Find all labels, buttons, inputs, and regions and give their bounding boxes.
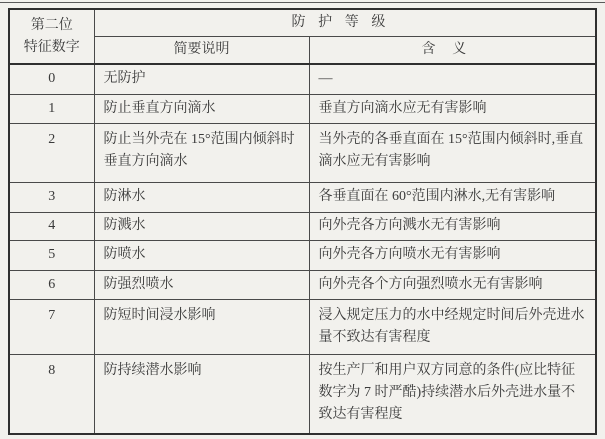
- table-row: 1 防止垂直方向滴水 垂直方向滴水应无有害影响: [9, 94, 596, 123]
- header-row-sub: 简要说明 含义: [9, 37, 596, 65]
- cell-digit: 7: [9, 299, 94, 354]
- table-row: 8 防持续潜水影响 按生产厂和用户双方同意的条件(应比特征数字为 7 时严酷)持…: [9, 354, 596, 434]
- cell-digit: 8: [9, 354, 94, 434]
- header-protection-grade: 防护等级: [94, 9, 596, 37]
- cell-meaning: 浸入规定压力的水中经规定时间后外壳进水量不致达有害程度: [309, 299, 596, 354]
- cell-meaning: —: [309, 64, 596, 94]
- table-row: 6 防强烈喷水 向外壳各个方向强烈喷水无有害影响: [9, 270, 596, 299]
- cell-digit: 6: [9, 270, 94, 299]
- header-meaning: 含义: [309, 37, 596, 65]
- protection-table-container: 第二位 特征数字 防护等级 简要说明 含义 0 无防护 — 1 防止垂直方向滴水…: [8, 8, 597, 435]
- cell-description: 防溅水: [94, 212, 309, 240]
- header-row-group: 第二位 特征数字 防护等级: [9, 9, 596, 37]
- table-row: 4 防溅水 向外壳各方向溅水无有害影响: [9, 212, 596, 240]
- top-rule-line: [0, 2, 605, 3]
- table-row: 7 防短时间浸水影响 浸入规定压力的水中经规定时间后外壳进水量不致达有害程度: [9, 299, 596, 354]
- cell-digit: 2: [9, 123, 94, 182]
- cell-meaning: 向外壳各个方向强烈喷水无有害影响: [309, 270, 596, 299]
- table-row: 5 防喷水 向外壳各方向喷水无有害影响: [9, 240, 596, 270]
- cell-meaning: 按生产厂和用户双方同意的条件(应比特征数字为 7 时严酷)持续潜水后外壳进水量不…: [309, 354, 596, 434]
- cell-digit: 0: [9, 64, 94, 94]
- table-row: 3 防淋水 各垂直面在 60°范围内淋水,无有害影响: [9, 182, 596, 212]
- cell-description: 防强烈喷水: [94, 270, 309, 299]
- cell-meaning: 垂直方向滴水应无有害影响: [309, 94, 596, 123]
- cell-digit: 5: [9, 240, 94, 270]
- cell-description: 防止垂直方向滴水: [94, 94, 309, 123]
- cell-meaning: 向外壳各方向溅水无有害影响: [309, 212, 596, 240]
- cell-description: 无防护: [94, 64, 309, 94]
- protection-rating-table: 第二位 特征数字 防护等级 简要说明 含义 0 无防护 — 1 防止垂直方向滴水…: [8, 8, 597, 435]
- cell-description: 防止当外壳在 15°范围内倾斜时垂直方向滴水: [94, 123, 309, 182]
- cell-description: 防淋水: [94, 182, 309, 212]
- cell-description: 防短时间浸水影响: [94, 299, 309, 354]
- cell-meaning: 各垂直面在 60°范围内淋水,无有害影响: [309, 182, 596, 212]
- table-row: 2 防止当外壳在 15°范围内倾斜时垂直方向滴水 当外壳的各垂直面在 15°范围…: [9, 123, 596, 182]
- cell-meaning: 当外壳的各垂直面在 15°范围内倾斜时,垂直滴水应无有害影响: [309, 123, 596, 182]
- header-col1-line1: 第二位: [19, 15, 85, 37]
- cell-digit: 1: [9, 94, 94, 123]
- cell-description: 防喷水: [94, 240, 309, 270]
- cell-description: 防持续潜水影响: [94, 354, 309, 434]
- header-second-characteristic-digit: 第二位 特征数字: [9, 9, 94, 64]
- table-row: 0 无防护 —: [9, 64, 596, 94]
- cell-digit: 4: [9, 212, 94, 240]
- cell-meaning: 向外壳各方向喷水无有害影响: [309, 240, 596, 270]
- cell-digit: 3: [9, 182, 94, 212]
- header-col1-line2: 特征数字: [19, 37, 85, 59]
- header-brief-description: 简要说明: [94, 37, 309, 65]
